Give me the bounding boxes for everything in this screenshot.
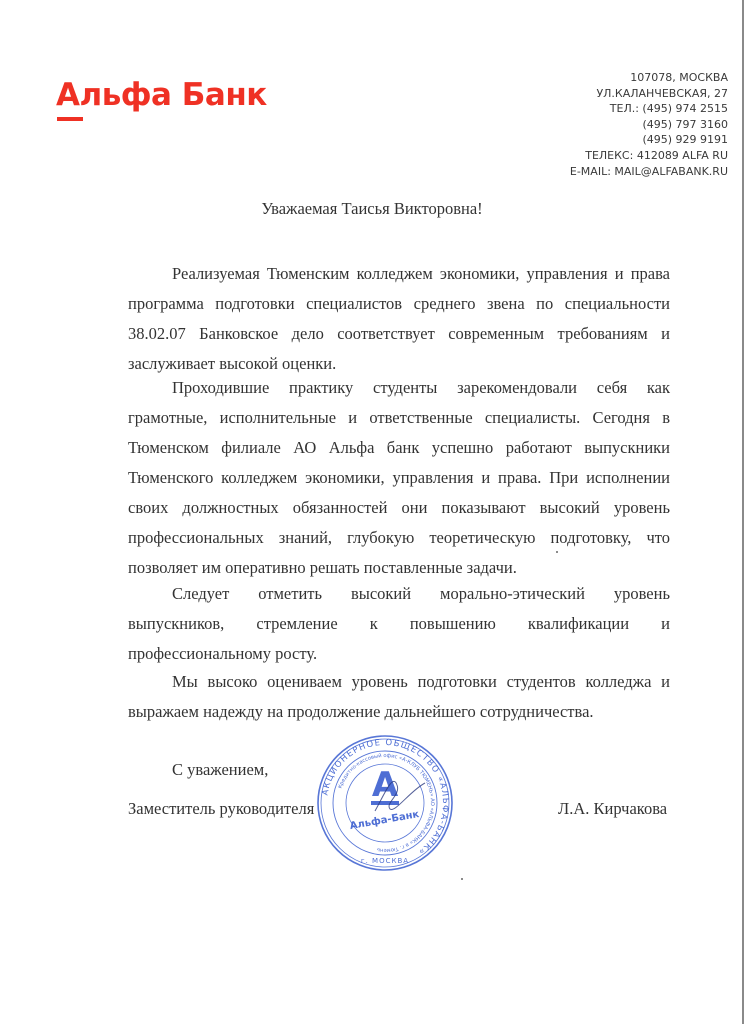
letterhead-contacts: 107078, МОСКВА УЛ.КАЛАНЧЕВСКАЯ, 27 ТЕЛ.:… [570, 70, 728, 179]
scan-speck [556, 551, 558, 553]
logo-underline [57, 117, 83, 121]
signer-position: Заместитель руководителя [128, 799, 314, 819]
greeting: Уважаемая Таисья Викторовна! [0, 199, 744, 219]
stamp-bottom-text: г. МОСКВА [361, 857, 409, 865]
contact-phone-2: (495) 797 3160 [570, 117, 728, 133]
stamp-center-text: Альфа-Банк [349, 808, 420, 832]
closing: С уважением, [172, 760, 268, 780]
contact-address-street: УЛ.КАЛАНЧЕВСКАЯ, 27 [570, 86, 728, 102]
contact-phone-1: ТЕЛ.: (495) 974 2515 [570, 101, 728, 117]
contact-phone-3: (495) 929 9191 [570, 132, 728, 148]
paragraph-1: Реализуемая Тюменским колледжем экономик… [128, 259, 670, 379]
paragraph-4: Мы высоко оцениваем уровень подготовки с… [128, 667, 670, 727]
contact-address-city: 107078, МОСКВА [570, 70, 728, 86]
letter-page: Альфа Банк 107078, МОСКВА УЛ.КАЛАНЧЕВСКА… [0, 0, 744, 1024]
stamp-center-logo: А [372, 765, 399, 805]
paragraph-2: Проходившие практику студенты зарекоменд… [128, 373, 670, 583]
company-stamp: АКЦИОНЕРНОЕ ОБЩЕСТВО «АЛЬФА-БАНК» Кредит… [315, 733, 455, 873]
paragraph-3: Следует отметить высокий морально-этичес… [128, 579, 670, 669]
stamp-logo-bar [371, 801, 399, 805]
alfa-bank-logo: Альфа Банк [56, 75, 267, 115]
contact-email: E-MAIL: MAIL@ALFABANK.RU [570, 164, 728, 180]
scan-speck [461, 878, 463, 880]
contact-telex: ТЕЛЕКС: 412089 ALFA RU [570, 148, 728, 164]
signer-name: Л.А. Кирчакова [558, 799, 667, 819]
